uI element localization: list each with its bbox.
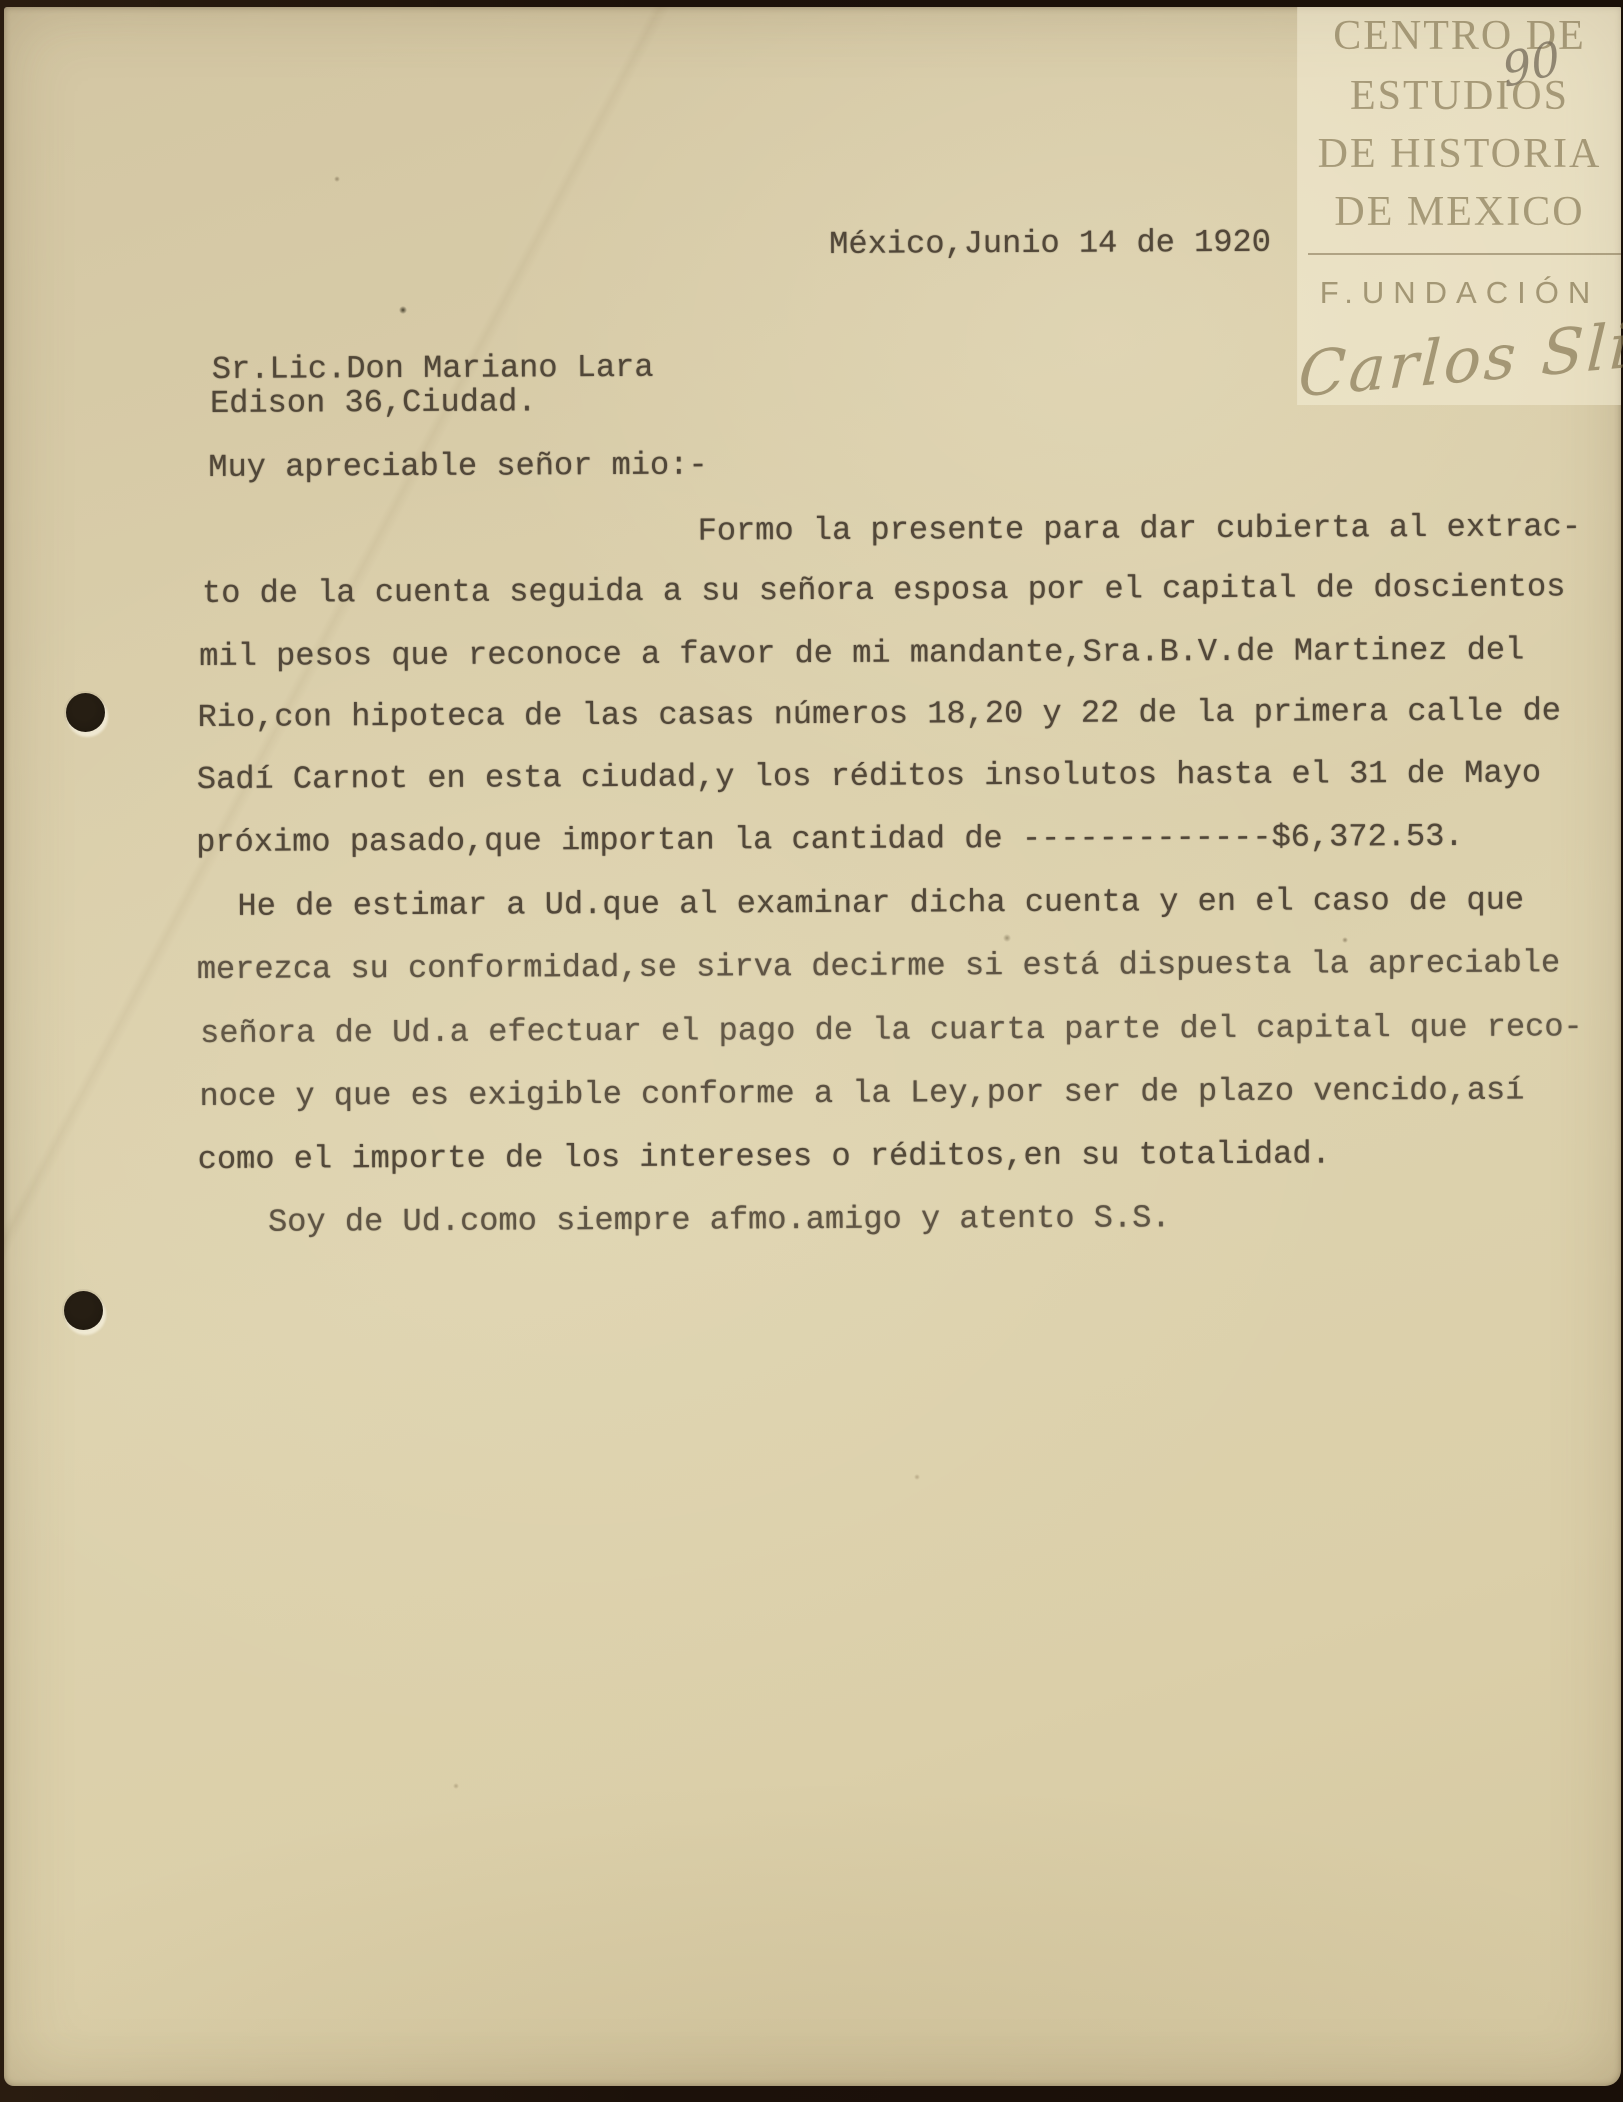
date-line: México,Junio 14 de 1920 (829, 224, 1271, 264)
body-line: Sadí Carnot en esta ciudad,y los réditos… (197, 754, 1541, 799)
recipient-address: Edison 36,Ciudad. (210, 383, 537, 423)
body-line: to de la cuenta seguida a su señora espo… (202, 568, 1566, 613)
body-line: He de estimar a Ud.que al examinar dicha… (237, 882, 1524, 926)
body-line: Formo la presente para dar cubierta al e… (698, 508, 1582, 550)
letter-text: México,Junio 14 de 1920 Sr.Lic.Don Maria… (0, 0, 1623, 2087)
letter-page: CENTRO DE ESTUDIOS DE HISTORIA DE MEXICO… (4, 7, 1621, 2086)
body-line: mil pesos que reconoce a favor de mi man… (199, 632, 1524, 676)
closing-line: Soy de Ud.como siempre afmo.amigo y aten… (268, 1199, 1171, 1241)
body-line: señora de Ud.a efectuar el pago de la cu… (200, 1008, 1583, 1053)
body-line: próximo pasado,que importan la cantidad … (196, 818, 1464, 862)
body-line: noce y que es exigible conforme a la Ley… (199, 1072, 1524, 1116)
body-line: merezca su conformidad,se sirva decirme … (197, 944, 1561, 989)
body-line: como el importe de los intereses o rédit… (198, 1135, 1331, 1179)
body-line: Rio,con hipoteca de las casas números 18… (197, 692, 1561, 737)
salutation: Muy apreciable señor mio:- (208, 447, 707, 487)
